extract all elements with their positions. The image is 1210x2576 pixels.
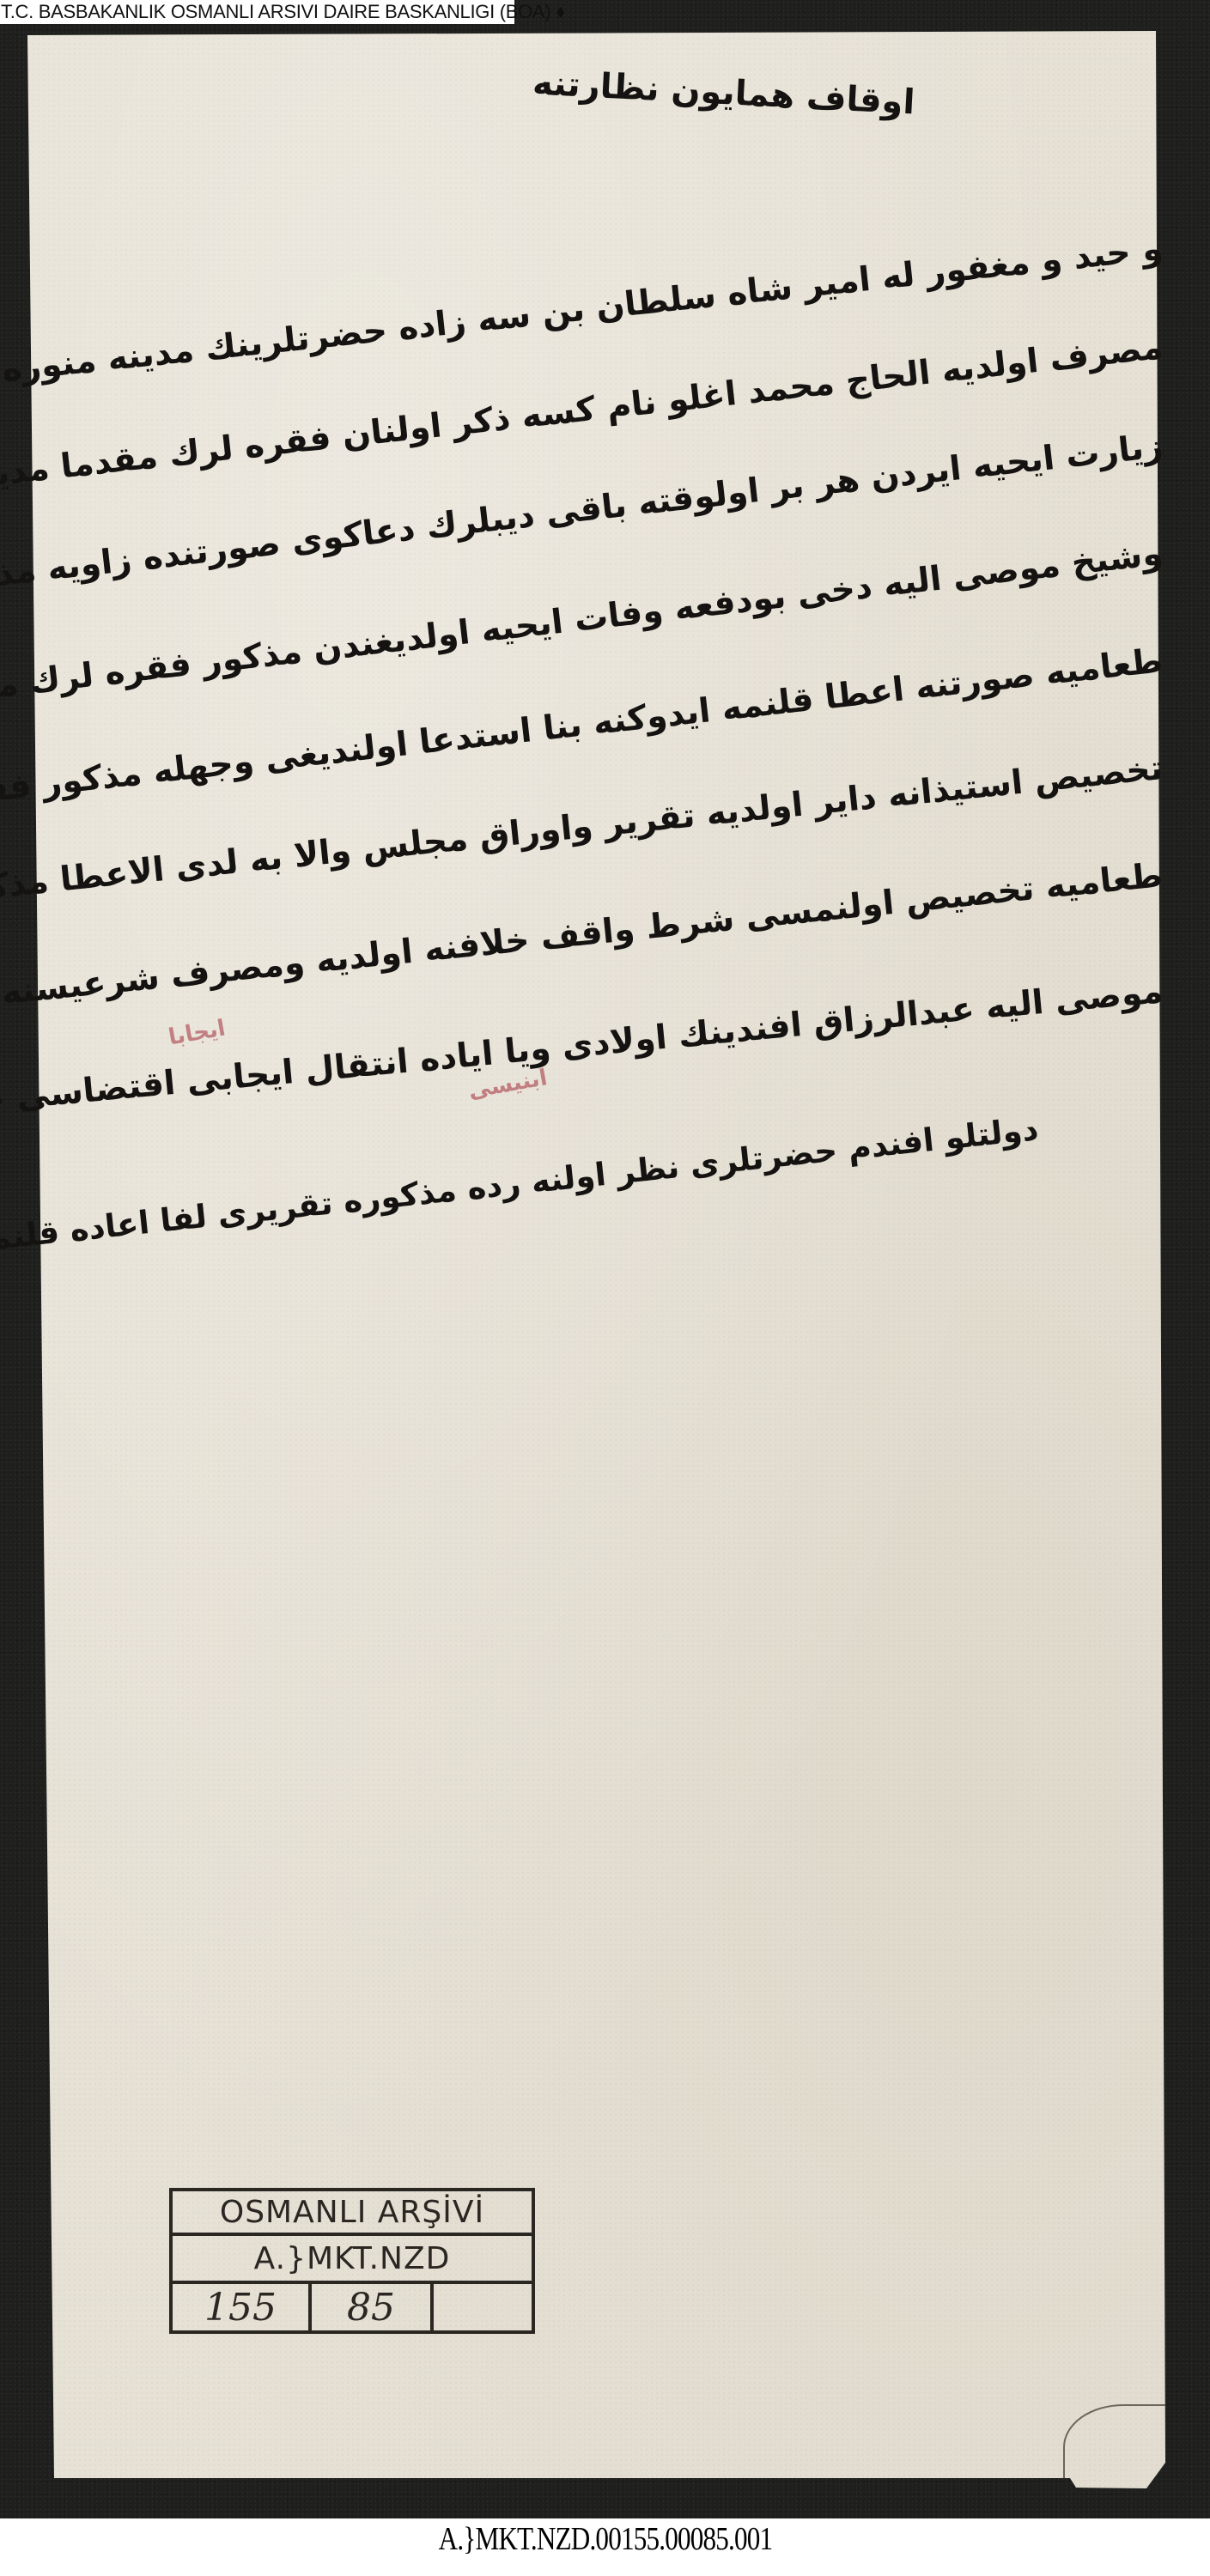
- stamp-number-row: 155 85: [173, 2284, 532, 2331]
- stamp-shirt-number: 85: [312, 2284, 434, 2331]
- stamp-title: OSMANLI ARŞİVİ: [173, 2191, 532, 2236]
- archive-header-label: T.C. BASBAKANLIK OSMANLI ARSIVI DAIRE BA…: [0, 0, 514, 24]
- torn-corner: [1063, 2404, 1168, 2483]
- stamp-empty-cell: [434, 2284, 532, 2331]
- stamp-folder-number: 155: [173, 2284, 312, 2331]
- stamp-collection-code: A.}MKT.NZD: [173, 2236, 532, 2284]
- reference-caption: A.}MKT.NZD.00155.00085.001: [0, 2520, 1210, 2576]
- reference-code: A.}MKT.NZD.00155.00085.001: [438, 2520, 772, 2559]
- archive-stamp: OSMANLI ARŞİVİ A.}MKT.NZD 155 85: [169, 2188, 535, 2334]
